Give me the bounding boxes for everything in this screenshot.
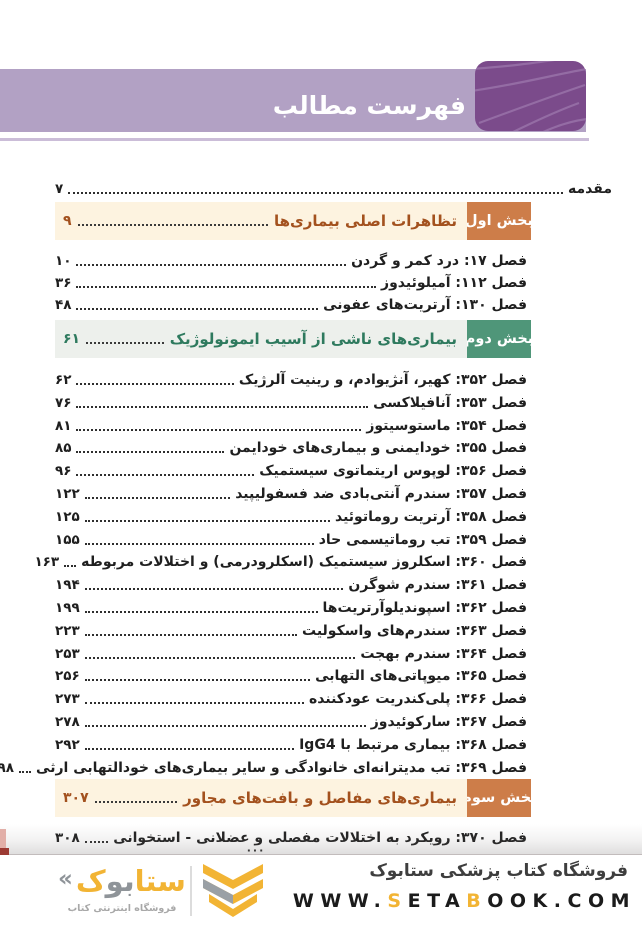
section-page-number: ۳۰۷ <box>63 790 89 806</box>
toc-entry-row: فصل ۳۶۱: سندرم شوگرن۱۹۴ <box>55 573 527 593</box>
section-strip: تظاهرات اصلی بیماری‌ها۹ <box>55 202 467 240</box>
toc-entry-row: فصل ۳۶۴: سندرم بهجت۲۵۳ <box>55 642 527 662</box>
entry-page-number: ۱۲۲ <box>55 487 80 502</box>
toc-entry-row: فصل ۳۶۲: اسپوندیلوآرتریت‌ها۱۹۹ <box>55 596 527 616</box>
entry-label: فصل ۱۷: درد کمر و گردن <box>351 253 527 269</box>
entry-page-number: ۱۹۹ <box>55 601 80 616</box>
toc-entry-row: فصل ۳۵۳: آنافیلاکسی۷۶ <box>55 391 527 411</box>
entry-label: فصل ۳۵۲: کهیر، آنژیوادم، و رینیت آلرژیک <box>239 372 527 388</box>
entry-page-number: ۸۵ <box>55 441 71 456</box>
chevron-emblem-icon <box>200 861 266 923</box>
leader-dots <box>64 565 76 567</box>
entry-page-number: ۴۸ <box>55 298 71 313</box>
page-title: فهرست مطالب <box>273 91 466 120</box>
entry-label: فصل ۳۵۹: تب روماتیسمی حاد <box>319 532 527 548</box>
section-badge: بخش دوم <box>467 320 531 358</box>
leader-dots <box>85 679 310 681</box>
section-badge: بخش اول <box>467 202 531 240</box>
leader-dots <box>85 657 356 659</box>
section-strip: بیماری‌های ناشی از آسیب ایمونولوژیک۶۱ <box>55 320 467 358</box>
entry-page-number: ۱۲۵ <box>55 510 80 525</box>
toc-rows: مقدمه۷بخش اولتظاهرات اصلی بیماری‌ها۹فصل … <box>55 177 612 852</box>
header-rule <box>0 138 589 141</box>
entry-page-number: ۳۶ <box>55 276 71 291</box>
logo-divider <box>190 866 192 916</box>
leader-dots <box>85 634 297 636</box>
logo-tagline: فروشگاه اینترنتی کتاب <box>60 903 184 914</box>
leader-dots <box>85 588 344 590</box>
entry-page-number: ۲۷۳ <box>55 692 80 707</box>
setabook-wordmark: ستابوک <box>76 864 186 898</box>
leader-dots <box>85 520 330 522</box>
toc-entry-row: فصل ۳۵۲: کهیر، آنژیوادم، و رینیت آلرژیک۶… <box>55 368 527 388</box>
header-ornament-badge <box>475 61 586 131</box>
entry-page-number: ۲۲۳ <box>55 624 80 639</box>
entry-label: فصل ۳۶۸: بیماری مرتبط با IgG4 <box>299 737 527 753</box>
entry-page-number: ۷۶ <box>55 396 71 411</box>
toc-entry-row: فصل ۳۶۸: بیماری مرتبط با IgG4۲۹۲ <box>55 733 527 753</box>
leader-dots <box>76 286 376 288</box>
section-page-number: ۹ <box>63 213 72 229</box>
leader-dots <box>86 342 164 344</box>
website-url: WWW.SETABOOK.COM <box>293 890 636 912</box>
entry-label: فصل ۳۶۴: سندرم بهجت <box>360 646 527 662</box>
url-segment: WWW. <box>293 890 388 912</box>
leader-dots <box>85 497 230 499</box>
setabook-logo: « ستابوک <box>58 864 186 898</box>
toc-entry-row: فصل ۳۶۹: تب مدیترانه‌ای خانوادگی و سایر … <box>55 756 527 776</box>
leader-dots <box>76 474 254 476</box>
entry-page-number: ۸۱ <box>55 419 71 434</box>
leader-dots <box>76 383 233 385</box>
petal-pattern-icon <box>475 61 586 131</box>
section-badge: بخش سوم <box>467 779 531 817</box>
entry-page-number: ۱۹۴ <box>55 578 80 593</box>
toc-entry-row: فصل ۱۳۰: آرتریت‌های عفونی۴۸ <box>55 293 527 313</box>
section-title: بیماری‌های ناشی از آسیب ایمونولوژیک <box>170 330 457 348</box>
entry-label: فصل ۳۶۹: تب مدیترانه‌ای خانوادگی و سایر … <box>36 760 527 776</box>
page-scan-shadow <box>0 824 642 855</box>
clipped-page-number: ··· <box>241 844 271 854</box>
toc-entry-row: فصل ۳۵۷: سندرم آنتی‌بادی ضد فسفولیپید۱۲۲ <box>55 482 527 502</box>
url-segment: ETA <box>408 890 467 912</box>
toc-entry-row: فصل ۳۵۶: لوپوس اریتماتوی سیستمیک۹۶ <box>55 459 527 479</box>
leader-dots <box>76 451 224 453</box>
toc-section-row: بخش دومبیماری‌های ناشی از آسیب ایمونولوژ… <box>55 320 531 358</box>
entry-label: فصل ۳۶۳: سندرم‌های واسکولیت <box>302 623 527 639</box>
toc-section-row: بخش اولتظاهرات اصلی بیماری‌ها۹ <box>55 202 531 240</box>
entry-page-number: ۷ <box>55 182 63 197</box>
leader-dots <box>68 192 563 194</box>
url-segment: B <box>466 890 487 912</box>
entry-page-number: ۲۹۲ <box>55 738 80 753</box>
leader-dots <box>78 224 268 226</box>
leader-dots <box>76 429 361 431</box>
leader-dots <box>76 264 346 266</box>
entry-page-number: ۱۰ <box>55 254 71 269</box>
leader-dots <box>76 406 368 408</box>
leader-dots <box>85 748 294 750</box>
entry-label: فصل ۱۱۲: آمیلوئیدوز <box>381 275 527 291</box>
entry-label: فصل ۳۵۷: سندرم آنتی‌بادی ضد فسفولیپید <box>235 486 527 502</box>
entry-page-number: ۱۵۵ <box>55 533 80 548</box>
entry-label: فصل ۳۵۸: آرتریت روماتوئید <box>335 509 527 525</box>
entry-label: فصل ۳۶۷: سارکوئیدوز <box>371 714 527 730</box>
toc-entry-row: فصل ۳۶۰: اسکلروز سیستمیک (اسکلرودرمی) و … <box>55 550 527 570</box>
toc-entry-row: فصل ۳۶۷: سارکوئیدوز۲۷۸ <box>55 710 527 730</box>
leader-dots <box>85 702 304 704</box>
entry-label: مقدمه <box>568 181 612 197</box>
url-segment: OOK.COM <box>487 890 636 912</box>
section-title: تظاهرات اصلی بیماری‌ها <box>274 212 457 230</box>
scan-edge-artifact-dark <box>0 848 9 855</box>
book-toc-page: فهرست مطالب مقدمه۷بخش اولتظاهرات اصلی بی… <box>0 0 642 926</box>
toc-entry-row: فصل ۳۵۴: ماستوسیتوز۸۱ <box>55 414 527 434</box>
toc-entry-row: فصل ۱۱۲: آمیلوئیدوز۳۶ <box>55 271 527 291</box>
store-name-text: فروشگاه کتاب پزشکی ستابوک <box>369 861 628 881</box>
toc-entry-row: فصل ۳۵۵: خودایمنی و بیماری‌های خودایمن۸۵ <box>55 436 527 456</box>
entry-page-number: ۲۵۳ <box>55 647 80 662</box>
toc-entry-row: فصل ۳۶۶: پلی‌کندریت عودکننده۲۷۳ <box>55 687 527 707</box>
entry-label: فصل ۳۶۲: اسپوندیلوآرتریت‌ها <box>323 600 527 616</box>
wordmark-segment: بو <box>106 864 135 898</box>
entry-label: فصل ۳۵۶: لوپوس اریتماتوی سیستمیک <box>259 463 527 479</box>
leader-dots <box>95 801 178 803</box>
entry-page-number: ۶۲ <box>55 373 71 388</box>
entry-label: فصل ۳۶۵: میوپاتی‌های التهابی <box>315 668 527 684</box>
section-page-number: ۶۱ <box>63 331 80 347</box>
entry-page-number: ۲۷۸ <box>55 715 80 730</box>
section-strip: بیماری‌های مفاصل و بافت‌های مجاور۳۰۷ <box>55 779 467 817</box>
entry-label: فصل ۱۳۰: آرتریت‌های عفونی <box>323 297 527 313</box>
toc-section-row: بخش سومبیماری‌های مفاصل و بافت‌های مجاور… <box>55 779 531 817</box>
entry-label: فصل ۳۵۳: آنافیلاکسی <box>373 395 527 411</box>
wordmark-segment: ک <box>76 864 106 898</box>
wordmark-segment: ستا <box>135 864 186 898</box>
leader-dots <box>85 611 318 613</box>
scan-edge-artifact <box>0 829 6 848</box>
entry-page-number: ۲۹۸ <box>0 761 14 776</box>
toc-entry-row: فصل ۳۶۵: میوپاتی‌های التهابی۲۵۶ <box>55 664 527 684</box>
toc-entry-row: فصل ۳۵۸: آرتریت روماتوئید۱۲۵ <box>55 505 527 525</box>
leader-dots <box>19 771 31 773</box>
entry-label: فصل ۳۶۰: اسکلروز سیستمیک (اسکلرودرمی) و … <box>81 554 527 570</box>
entry-label: فصل ۳۶۶: پلی‌کندریت عودکننده <box>309 691 527 707</box>
toc-entry-row: فصل ۱۷: درد کمر و گردن۱۰ <box>55 249 527 269</box>
toc-entry-row: فصل ۳۵۹: تب روماتیسمی حاد۱۵۵ <box>55 528 527 548</box>
entry-page-number: ۲۵۶ <box>55 669 80 684</box>
toc-entry-row: مقدمه۷ <box>55 177 612 197</box>
leader-dots <box>85 543 314 545</box>
guillemet-icon: « <box>58 866 73 892</box>
leader-dots <box>85 725 366 727</box>
leader-dots <box>76 308 318 310</box>
url-segment: S <box>387 890 407 912</box>
entry-label: فصل ۳۶۱: سندرم شوگرن <box>348 577 527 593</box>
toc-entry-row: فصل ۳۶۳: سندرم‌های واسکولیت۲۲۳ <box>55 619 527 639</box>
entry-label: فصل ۳۵۴: ماستوسیتوز <box>366 418 527 434</box>
entry-page-number: ۹۶ <box>55 464 71 479</box>
entry-label: فصل ۳۵۵: خودایمنی و بیماری‌های خودایمن <box>229 440 527 456</box>
entry-page-number: ۱۶۳ <box>34 555 59 570</box>
section-title: بیماری‌های مفاصل و بافت‌های مجاور <box>183 789 457 807</box>
